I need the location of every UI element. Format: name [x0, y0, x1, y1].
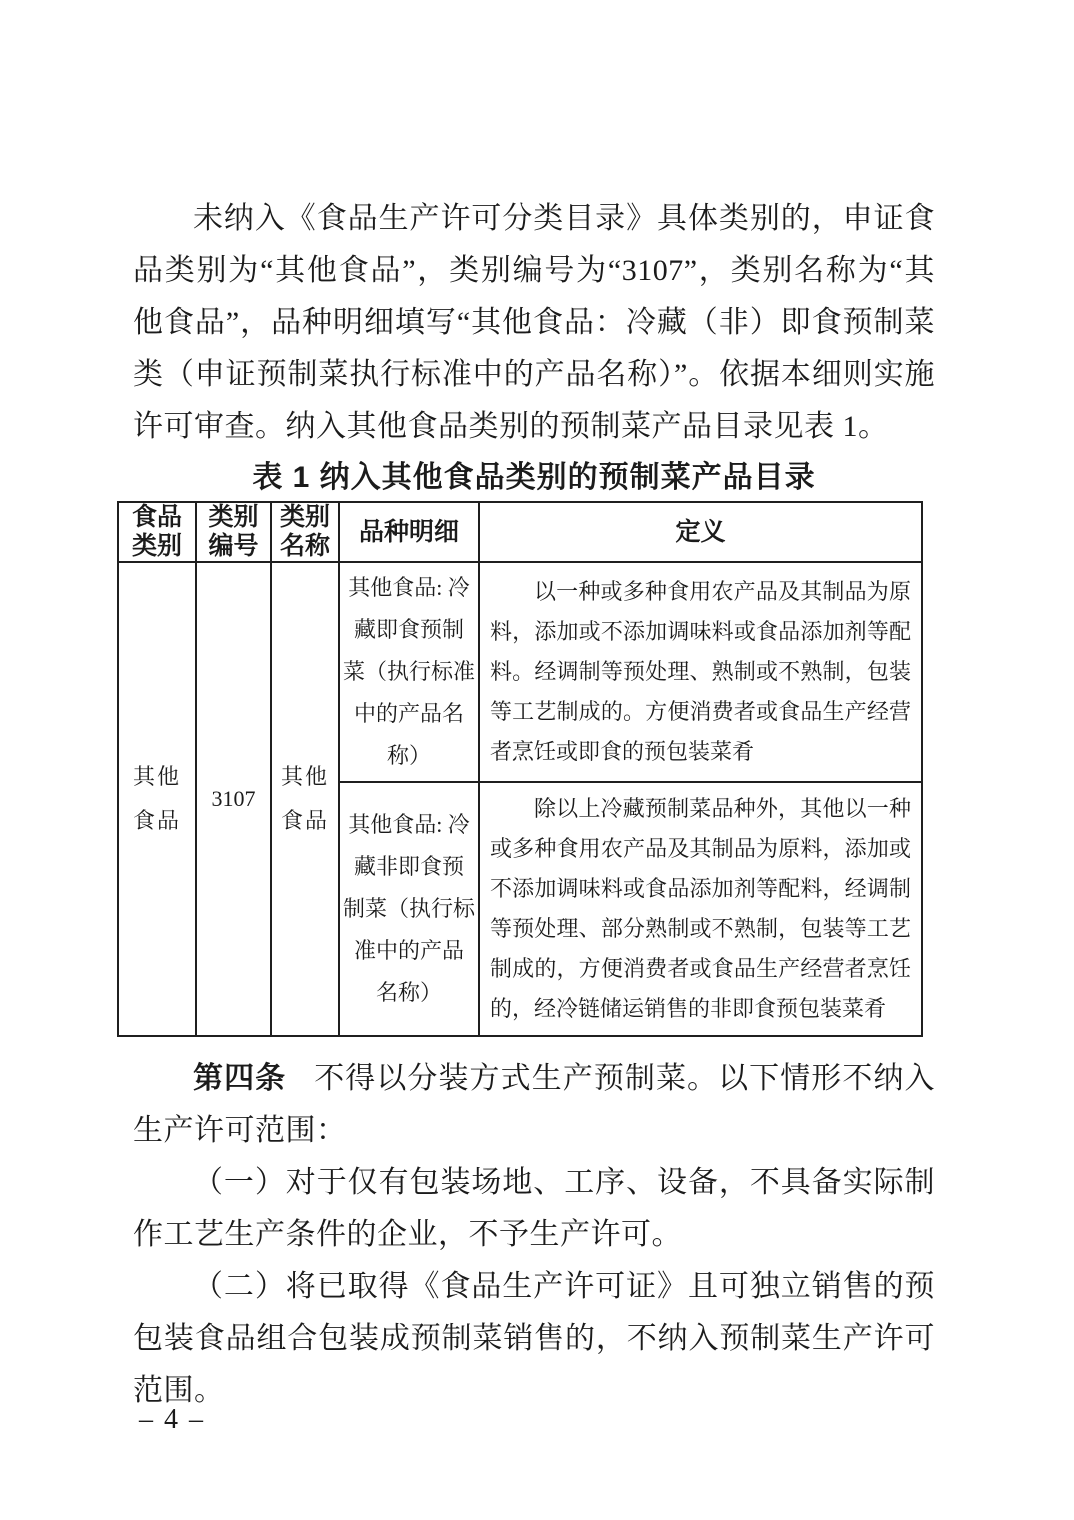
definition-cell-non-ready-to-eat: 除以上冷藏预制菜品种外，其他以一种或多种食用农产品及其制品为原料，添加或不添加调… [479, 782, 922, 1036]
table-title: 表 1 纳入其他食品类别的预制菜产品目录 [133, 455, 935, 501]
page-number: – 4 – [139, 1404, 205, 1436]
definition-text: 除以上冷藏预制菜品种外，其他以一种或多种食用农产品及其制品为原料，添加或不添加调… [490, 789, 911, 1029]
definition-cell-ready-to-eat: 以一种或多种食用农产品及其制品为原料，添加或不添加调味料或食品添加剂等配料。经调… [479, 562, 922, 782]
article4-paragraph: 第四条不得以分装方式生产预制菜。以下情形不纳入生产许可范围： [133, 1053, 935, 1157]
col-header-variety-detail: 品种明细 [339, 502, 479, 562]
col-header-category-name: 类别 名称 [271, 502, 339, 562]
article4-label: 第四条 [193, 1062, 286, 1095]
col-header-food-category: 食品 类别 [118, 502, 196, 562]
variety-cell-ready-to-eat: 其他食品: 冷 藏即食预制 菜（执行标准 中的产品名 称） [339, 562, 479, 782]
item-2-paragraph: （二）将已取得《食品生产许可证》且可独立销售的预包装食品组合包装成预制菜销售的，… [133, 1261, 935, 1417]
document-page: 未纳入《食品生产许可分类目录》具体类别的，申证食品类别为“其他食品”，类别编号为… [0, 0, 1074, 1520]
item-1-paragraph: （一）对于仅有包装场地、工序、设备，不具备实际制作工艺生产条件的企业，不予生产许… [133, 1157, 935, 1261]
col-header-definition: 定义 [479, 502, 922, 562]
intro-paragraph: 未纳入《食品生产许可分类目录》具体类别的，申证食品类别为“其他食品”，类别编号为… [133, 0, 935, 453]
precooked-dishes-catalog-table: 食品 类别 类别 编号 类别 名称 品种明细 定义 其他 食品 3107 其他 … [117, 501, 923, 1037]
category-code-cell: 3107 [196, 562, 271, 1036]
definition-text: 以一种或多种食用农产品及其制品为原料，添加或不添加调味料或食品添加剂等配料。经调… [490, 572, 911, 772]
food-category-cell: 其他 食品 [118, 562, 196, 1036]
col-header-category-code: 类别 编号 [196, 502, 271, 562]
table-header-row: 食品 类别 类别 编号 类别 名称 品种明细 定义 [118, 502, 922, 562]
variety-cell-non-ready-to-eat: 其他食品: 冷 藏非即食预 制菜（执行标 准中的产品 名称） [339, 782, 479, 1036]
category-name-cell: 其他 食品 [271, 562, 339, 1036]
table-row: 其他 食品 3107 其他 食品 其他食品: 冷 藏即食预制 菜（执行标准 中的… [118, 562, 922, 782]
